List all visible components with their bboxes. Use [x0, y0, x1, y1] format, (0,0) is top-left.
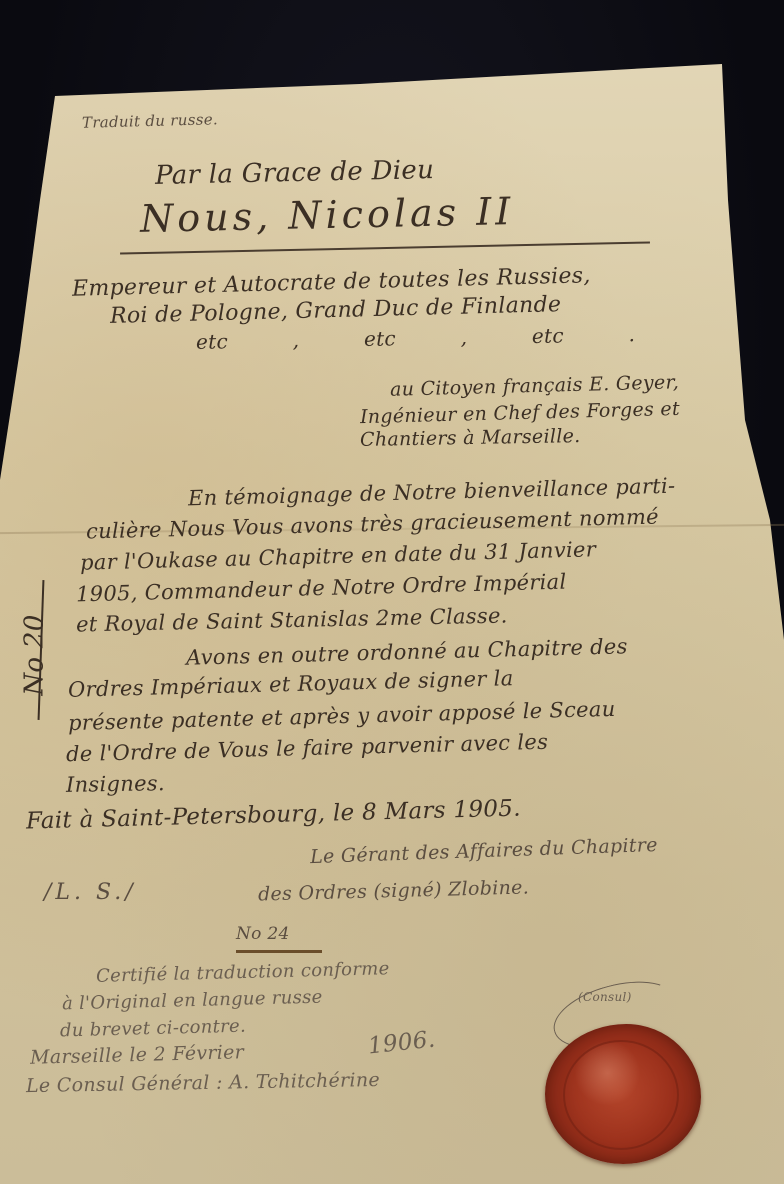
sovereign-name: Nous, Nicolas II — [140, 189, 515, 241]
margin-number-note: No 20 — [20, 614, 50, 695]
translation-note: Traduit du russe. — [82, 110, 218, 132]
seal-emblem — [563, 1040, 679, 1150]
grace-line: Par la Grace de Dieu — [155, 155, 435, 191]
body-p2-line-5: Insignes. — [66, 771, 165, 797]
red-wax-seal-icon — [545, 1024, 701, 1164]
addressee-line-3: Chantiers à Marseille. — [360, 425, 581, 451]
locus-sigilli-mark: /L. S./ — [44, 880, 137, 905]
consul-stamp-note: (Consul) — [578, 990, 632, 1004]
certification-number: No 24 — [236, 924, 290, 944]
certification-number-underline — [236, 950, 322, 953]
